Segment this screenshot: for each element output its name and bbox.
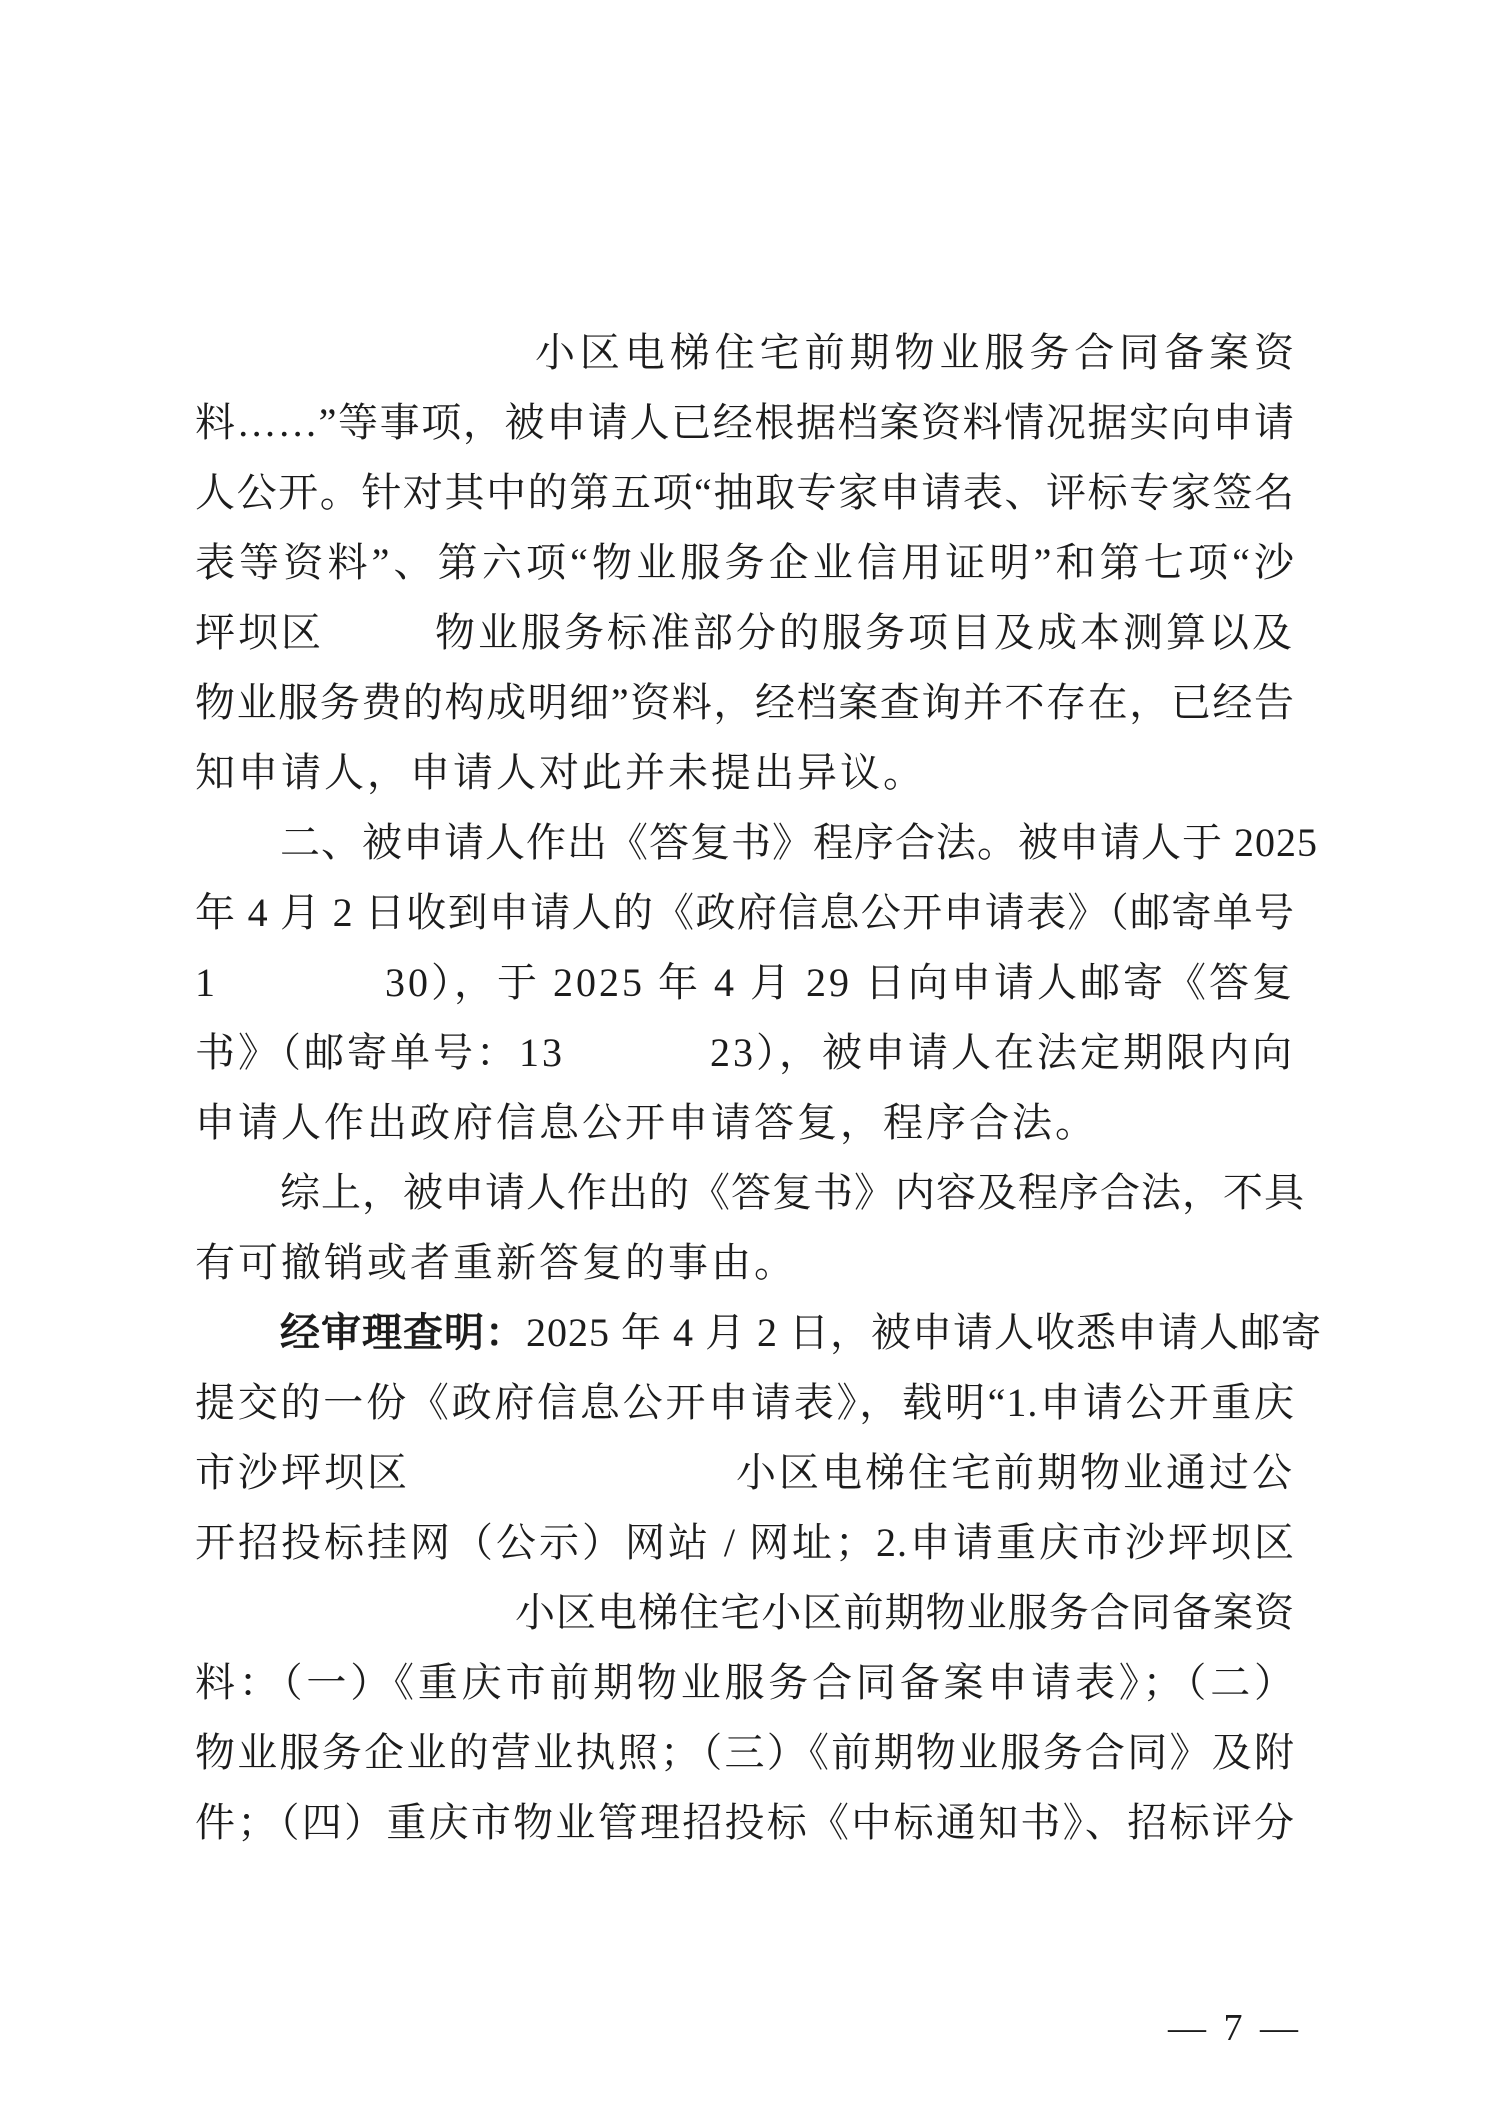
text-segment: 2025 年 4 月 2 日，被申请人收悉申请人邮寄 <box>526 1310 1322 1355</box>
text-line: 小区电梯住宅前期物业服务合同备案资 <box>195 318 1295 388</box>
text-line: 表等资料”、第六项“物业服务企业信用证明”和第七项“沙 <box>195 528 1295 598</box>
text-segment-right: 小区电梯住宅前期物业通过公 <box>736 1438 1295 1508</box>
text-segment-right: 30），于 2025 年 4 月 29 日向申请人邮寄《答复 <box>385 948 1295 1018</box>
text-line: 料：（一）《重庆市前期物业服务合同备案申请表》；（二） <box>195 1648 1295 1718</box>
text-line-with-bold-lead: 经审理查明：2025 年 4 月 2 日，被申请人收悉申请人邮寄 <box>195 1298 1295 1368</box>
text-line: 物业服务企业的营业执照；（三）《前期物业服务合同》及附 <box>195 1718 1295 1788</box>
text-segment-left: 书》（邮寄单号：13 <box>195 1018 565 1088</box>
text-line: 人公开。针对其中的第五项“抽取专家申请表、评标专家签名 <box>195 458 1295 528</box>
text-line-redacted-lead: 小区电梯住宅小区前期物业服务合同备案资 <box>195 1578 1295 1648</box>
text-line-redacted-gap: 1 30），于 2025 年 4 月 29 日向申请人邮寄《答复 <box>195 948 1295 1018</box>
bold-lead-text: 经审理查明： <box>280 1310 526 1355</box>
text-line: 开招投标挂网（公示）网站 / 网址；2.申请重庆市沙坪坝区 <box>195 1508 1295 1578</box>
text-segment-right: 物业服务标准部分的服务项目及成本测算以及 <box>435 598 1295 668</box>
text-segment-left: 1 <box>195 948 218 1018</box>
text-line: 知申请人，申请人对此并未提出异议。 <box>195 738 1295 808</box>
page-number: — 7 — <box>1168 2000 1328 2056</box>
text-segment-right: 23），被申请人在法定期限内向 <box>710 1018 1295 1088</box>
text-line: 二、被申请人作出《答复书》程序合法。被申请人于 2025 <box>195 808 1295 878</box>
text-line: 申请人作出政府信息公开申请答复，程序合法。 <box>195 1088 1295 1158</box>
text-line: 有可撤销或者重新答复的事由。 <box>195 1228 1295 1298</box>
text-line: 提交的一份《政府信息公开申请表》，载明“1.申请公开重庆 <box>195 1368 1295 1438</box>
text-line-redacted-gap: 书》（邮寄单号：13 23），被申请人在法定期限内向 <box>195 1018 1295 1088</box>
document-page: 小区电梯住宅前期物业服务合同备案资 料……”等事项，被申请人已经根据档案资料情况… <box>0 0 1487 2105</box>
text-line: 料……”等事项，被申请人已经根据档案资料情况据实向申请 <box>195 388 1295 458</box>
text-line: 年 4 月 2 日收到申请人的《政府信息公开申请表》（邮寄单号 <box>195 878 1295 948</box>
text-line: 件；（四）重庆市物业管理招投标《中标通知书》、招标评分 <box>195 1788 1295 1858</box>
text-line-redacted-gap: 市沙坪坝区 小区电梯住宅前期物业通过公 <box>195 1438 1295 1508</box>
text-line: 物业服务费的构成明细”资料，经档案查询并不存在，已经告 <box>195 668 1295 738</box>
text-segment-left: 市沙坪坝区 <box>195 1438 410 1508</box>
text-segment-left: 坪坝区 <box>195 598 324 668</box>
text-line-redacted-gap: 坪坝区 物业服务标准部分的服务项目及成本测算以及 <box>195 598 1295 668</box>
document-text-block: 小区电梯住宅前期物业服务合同备案资 料……”等事项，被申请人已经根据档案资料情况… <box>195 318 1295 1858</box>
text-line: 综上，被申请人作出的《答复书》内容及程序合法，不具 <box>195 1158 1295 1228</box>
